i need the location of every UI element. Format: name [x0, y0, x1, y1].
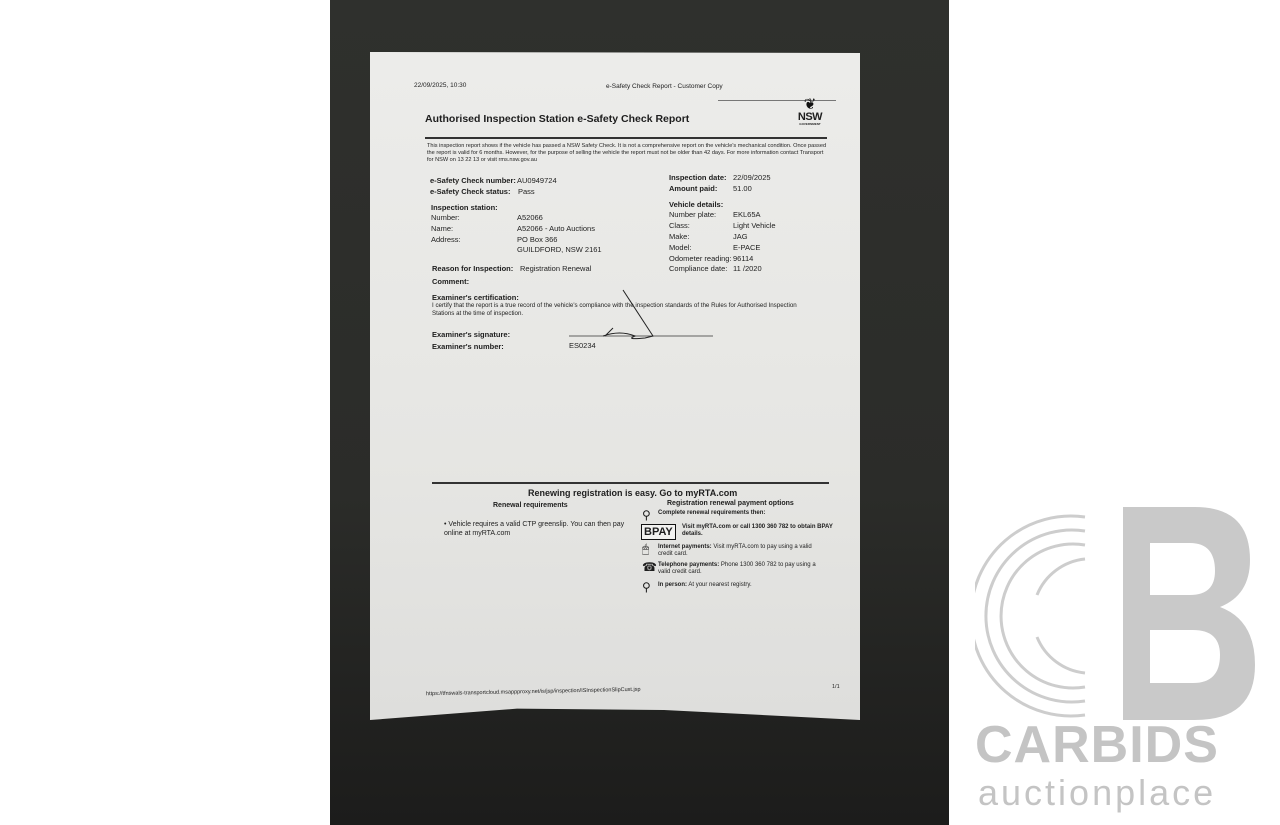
comment-label: Comment:: [432, 277, 469, 286]
reason-value: Registration Renewal: [520, 264, 591, 273]
vehicle-row-label: Odometer reading:: [669, 254, 732, 263]
station-row-value: A52066 - Auto Auctions: [517, 224, 595, 233]
check-number-label: e-Safety Check number:: [430, 176, 516, 185]
vehicle-row-value: EKL65A: [733, 210, 761, 219]
vehicle-row-label: Model:: [669, 243, 692, 252]
payment-option: Visit myRTA.com or call 1300 360 782 to …: [682, 524, 842, 538]
payment-option: Internet payments: Visit myRTA.com to pa…: [658, 544, 818, 558]
inspection-date-value: 22/09/2025: [733, 173, 771, 182]
bpay-icon: BPAY: [641, 524, 676, 540]
station-row-value: A52066: [517, 213, 543, 222]
reason-label: Reason for Inspection:: [432, 264, 513, 273]
certification-heading: Examiner's certification:: [432, 293, 519, 302]
inspection-report-paper: 22/09/2025, 10:30 e-Safety Check Report …: [370, 52, 860, 720]
person-icon: ⚲: [642, 580, 651, 594]
station-row-label: Address:: [431, 235, 461, 244]
requirements-heading: Renewal requirements: [493, 502, 568, 509]
vehicle-row-label: Make:: [669, 232, 689, 241]
amount-paid-value: 51.00: [733, 184, 752, 193]
print-timestamp: 22/09/2025, 10:30: [414, 82, 466, 89]
auctionplace-tagline: auctionplace: [978, 772, 1216, 814]
nsw-government-logo: ❦ NSW GOVERNMENT: [790, 98, 830, 126]
vehicle-row-value: 11 /2020: [733, 264, 762, 273]
carbids-brand-text: CARBIDS: [975, 715, 1219, 775]
signature-label: Examiner's signature:: [432, 330, 510, 339]
vehicle-row-value: JAG: [733, 232, 748, 241]
examiner-number-label: Examiner's number:: [432, 342, 504, 351]
vehicle-row-value: 96114: [733, 254, 753, 263]
station-row-value: PO Box 366: [517, 235, 557, 244]
renewal-heading: Renewing registration is easy. Go to myR…: [528, 488, 737, 498]
check-number-value: AU0949724: [517, 176, 557, 185]
copy-label: e-Safety Check Report - Customer Copy: [606, 83, 723, 90]
vehicle-row-label: Compliance date:: [669, 264, 727, 273]
station-row-label: Number:: [431, 213, 460, 222]
payment-option: In person: At your nearest registry.: [658, 582, 818, 589]
intro-text: This inspection report shows if the vehi…: [427, 143, 827, 164]
check-status-value: Pass: [518, 187, 535, 196]
payment-option: Complete renewal requirements then:: [658, 510, 818, 517]
inspection-date-label: Inspection date:: [669, 173, 727, 182]
vehicle-heading: Vehicle details:: [669, 200, 723, 209]
page-number: 1/1: [832, 684, 840, 690]
vehicle-row-label: Class:: [669, 221, 690, 230]
vehicle-row-label: Number plate:: [669, 210, 716, 219]
vehicle-row-value: E-PACE: [733, 243, 760, 252]
check-status-label: e-Safety Check status:: [430, 187, 510, 196]
station-row-value: GUILDFORD, NSW 2161: [517, 245, 602, 254]
report-title: Authorised Inspection Station e-Safety C…: [425, 113, 689, 125]
mouse-icon: 🖱: [642, 542, 649, 557]
telephone-icon: ☎: [642, 560, 657, 574]
station-heading: Inspection station:: [431, 203, 498, 212]
footer-url: https://tfnswals-transportcloud.msapppro…: [426, 687, 641, 697]
payment-option: Telephone payments: Phone 1300 360 782 t…: [658, 562, 818, 576]
requirement-item: • Vehicle requires a valid CTP greenslip…: [444, 520, 634, 538]
examiner-signature: [565, 288, 715, 343]
payment-heading: Registration renewal payment options: [667, 500, 794, 507]
amount-paid-label: Amount paid:: [669, 184, 717, 193]
waratah-flower-icon: ❦: [790, 98, 830, 112]
person-icon: ⚲: [642, 508, 651, 522]
station-row-label: Name:: [431, 224, 453, 233]
vehicle-row-value: Light Vehicle: [733, 221, 776, 230]
